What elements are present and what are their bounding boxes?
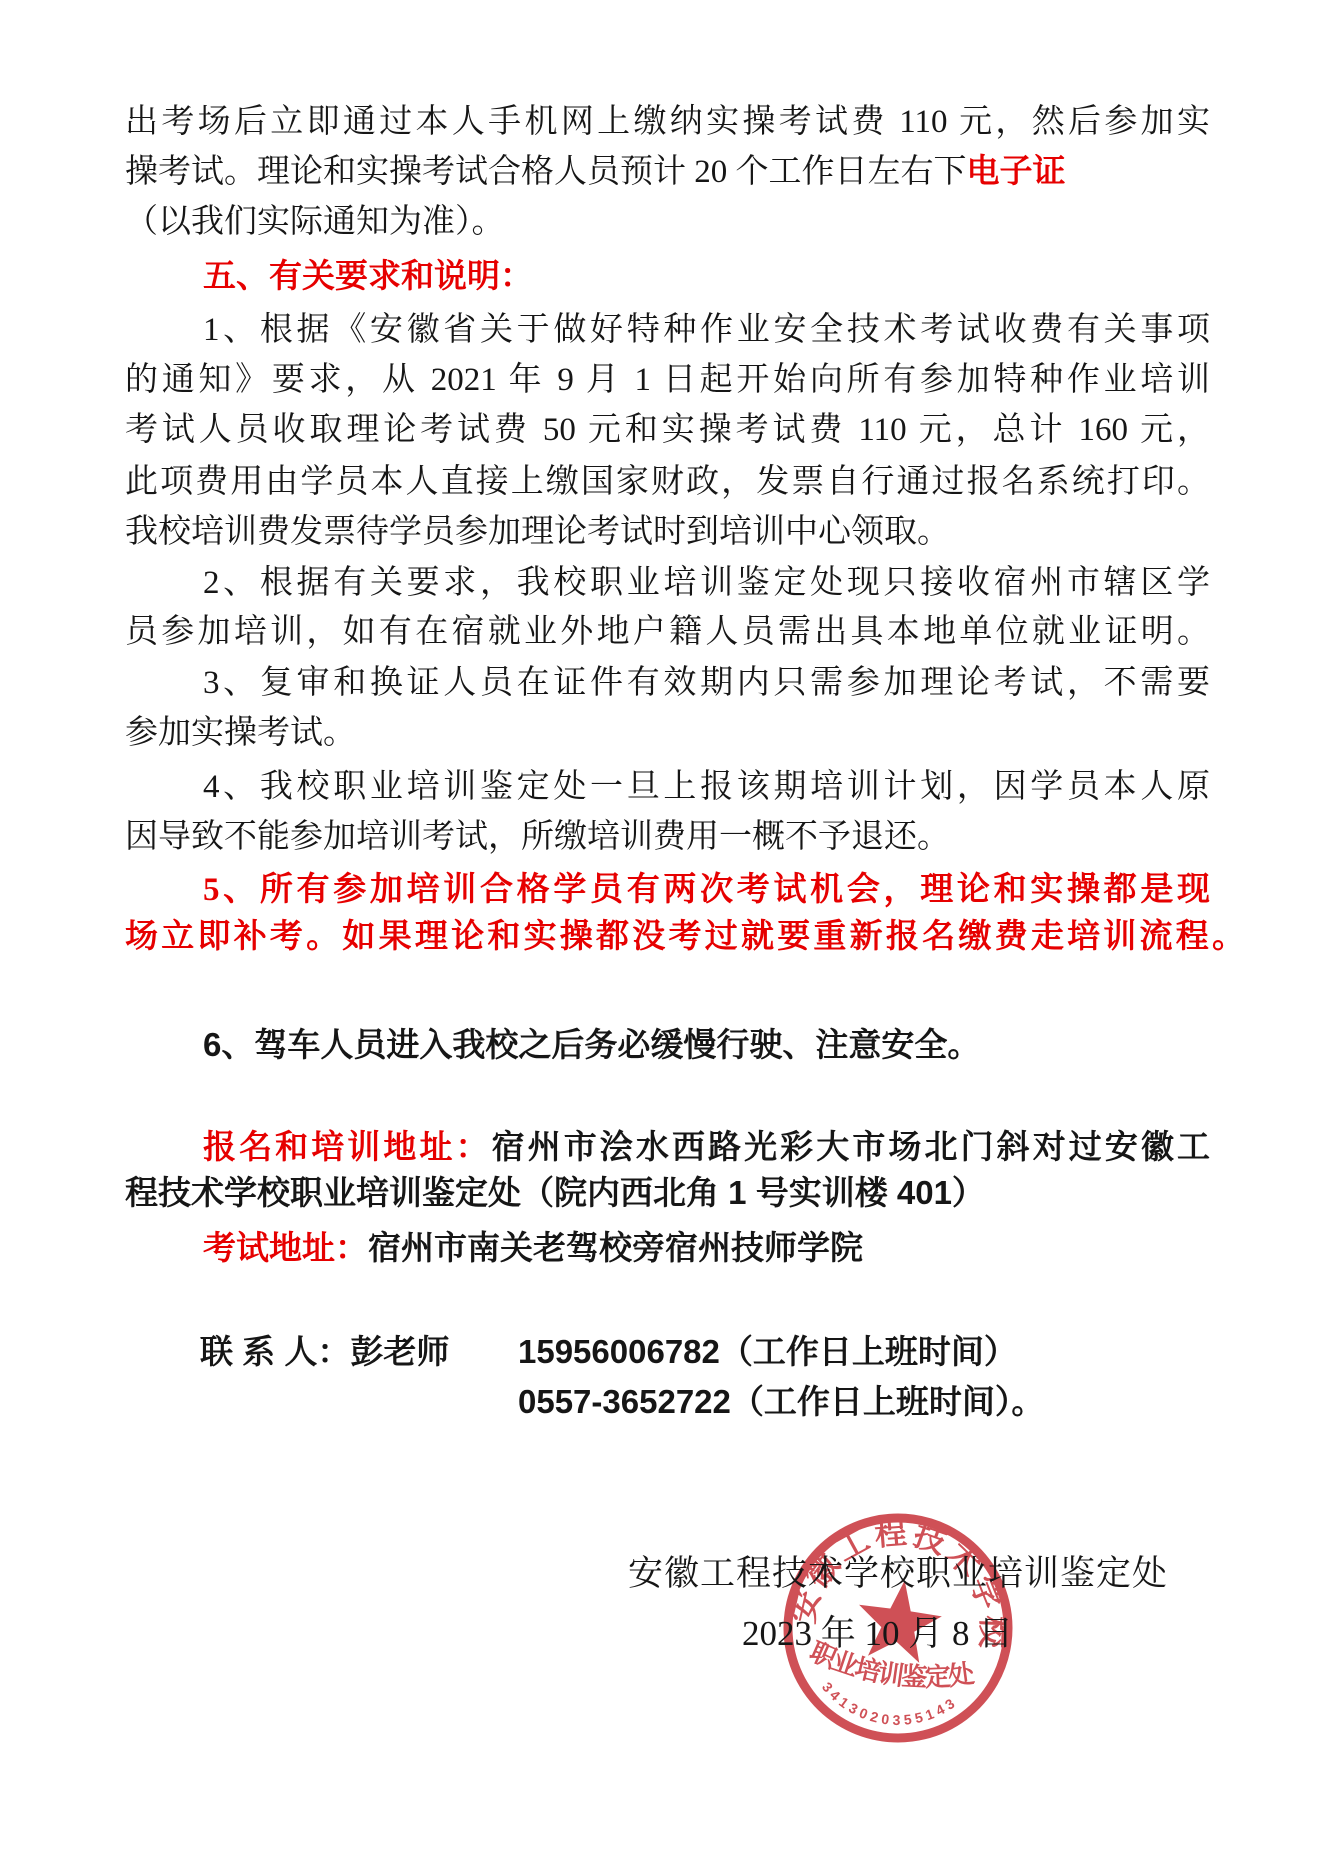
signoff-date: 2023 年 10 月 8 日: [742, 1612, 1013, 1656]
document-page: 出考场后立即通过本人手机网上缴纳实操考试费 110 元，然后参加实 操考试。理论…: [0, 0, 1323, 1871]
item5-line-1: 5、所有参加培训合格学员有两次考试机会，理论和实操都是现: [203, 867, 1210, 913]
signoff-organization: 安徽工程技术学校职业培训鉴定处: [628, 1552, 1168, 1596]
item6-line-1: 6、驾车人员进入我校之后务必缓慢行驶、注意安全。: [203, 1022, 1210, 1068]
intro-line-1: 出考场后立即通过本人手机网上缴纳实操考试费 110 元，然后参加实: [125, 99, 1210, 145]
contact-label: 联 系 人：彭老师: [200, 1329, 449, 1375]
contact-phone-2: 0557-3652722（工作日上班时间）。: [518, 1379, 1044, 1425]
intro-line-2: 操考试。理论和实操考试合格人员预计 20 个工作日左右下电子证: [125, 149, 1210, 195]
item1-line-1: 1、根据《安徽省关于做好特种作业安全技术考试收费有关事项: [203, 307, 1210, 353]
section-heading: 五、有关要求和说明：: [203, 254, 1210, 300]
exam-address-label: 考试地址：: [203, 1229, 368, 1266]
item3-line-2: 参加实操考试。: [125, 710, 1210, 756]
item3-line-1: 3、复审和换证人员在证件有效期内只需参加理论考试，不需要: [203, 660, 1210, 706]
exam-address-line: 考试地址：宿州市南关老驾校旁宿州技师学院: [203, 1225, 1210, 1272]
address-value-part1: 宿州市浍水西路光彩大市场北门斜对过安徽工: [492, 1128, 1210, 1165]
e-cert-highlight: 电子证: [967, 154, 1066, 190]
item2-line-1: 2、根据有关要求，我校职业培训鉴定处现只接收宿州市辖区学: [203, 560, 1210, 606]
intro-line-3: （以我们实际通知为准）。: [125, 199, 1210, 245]
item4-line-1: 4、我校职业培训鉴定处一旦上报该期培训计划，因学员本人原: [203, 764, 1210, 810]
address-label: 报名和培训地址：: [203, 1128, 492, 1165]
exam-address-value: 宿州市南关老驾校旁宿州技师学院: [368, 1229, 863, 1266]
address-line-2: 程技术学校职业培训鉴定处（院内西北角 1 号实训楼 401）: [125, 1170, 1210, 1216]
address-line-1: 报名和培训地址：宿州市浍水西路光彩大市场北门斜对过安徽工: [203, 1124, 1210, 1171]
item1-line-2: 的通知》要求，从 2021 年 9 月 1 日起开始向所有参加特种作业培训: [125, 357, 1210, 403]
contact-phone-1: 15956006782（工作日上班时间）: [518, 1329, 1017, 1375]
item1-line-4: 此项费用由学员本人直接上缴国家财政，发票自行通过报名系统打印。: [125, 459, 1210, 505]
item5-line-2: 场立即补考。如果理论和实操都没考过就要重新报名缴费走培训流程。: [125, 914, 1245, 960]
item1-line-3: 考试人员收取理论考试费 50 元和实操考试费 110 元，总计 160 元，: [125, 407, 1210, 453]
intro-line-2-text: 操考试。理论和实操考试合格人员预计 20 个工作日左右下: [125, 154, 967, 190]
item1-line-5: 我校培训费发票待学员参加理论考试时到培训中心领取。: [125, 509, 1210, 555]
item2-line-2: 员参加培训，如有在宿就业外地户籍人员需出具本地单位就业证明。: [125, 609, 1210, 655]
item4-line-2: 因导致不能参加培训考试，所缴培训费用一概不予退还。: [125, 814, 1210, 860]
